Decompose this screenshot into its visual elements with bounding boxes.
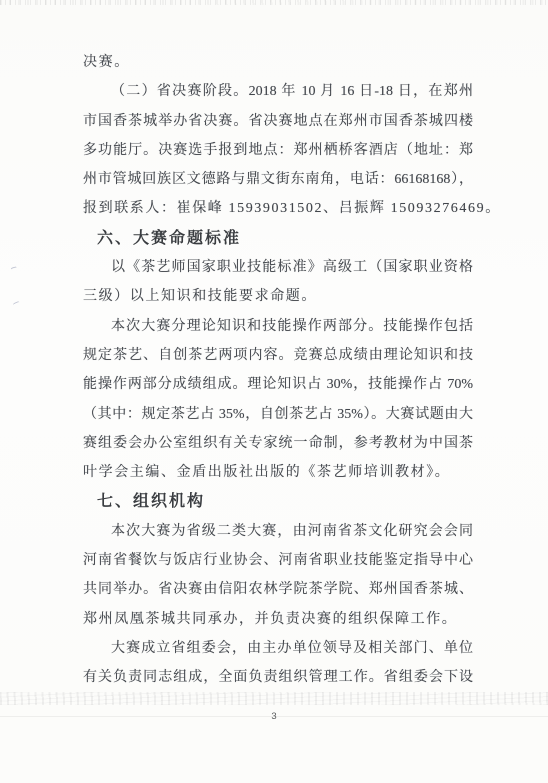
text-line: 以《茶艺师国家职业技能标准》高级工（国家职业资格 (83, 253, 473, 282)
text-line: 州市管城回族区文德路与鼎文街东南角，电话：66168168）， (83, 165, 473, 194)
text-line: 大赛成立省组委会，由主办单位领导及相关部门、单位 (83, 634, 473, 663)
text-line: 本次大赛分理论知识和技能操作两部分。技能操作包括 (83, 312, 473, 341)
paragraph: 本次大赛分理论知识和技能操作两部分。技能操作包括规定茶艺、自创茶艺两项内容。竞赛… (83, 312, 473, 488)
heading-line: 六、大赛命题标准 (97, 224, 473, 253)
text-line: 报到联系人：崔保峰 15939031502、吕振辉 15093276469。 (83, 194, 473, 223)
scan-noise-band (0, 692, 548, 705)
text-line: 决赛。 (83, 48, 473, 77)
paragraph: （二）省决赛阶段。2018 年 10 月 16 日-18 日，在郑州市国香茶城举… (83, 77, 473, 223)
scan-artifact-1 (11, 266, 18, 272)
section-heading: 七、组织机构 (83, 487, 473, 516)
document-content: 决赛。（二）省决赛阶段。2018 年 10 月 16 日-18 日，在郑州市国香… (83, 48, 473, 693)
text-line: 有关负责同志组成，全面负责组织管理工作。省组委会下设 (83, 663, 473, 692)
text-line: 赛组委会办公室组织有关专家统一命制，参考教材为中国茶 (83, 429, 473, 458)
text-line: 三级）以上知识和技能要求命题。 (83, 282, 473, 311)
document-page: 决赛。（二）省决赛阶段。2018 年 10 月 16 日-18 日，在郑州市国香… (0, 0, 548, 783)
paragraph: 以《茶艺师国家职业技能标准》高级工（国家职业资格三级）以上知识和技能要求命题。 (83, 253, 473, 312)
paragraph: 决赛。 (83, 48, 473, 77)
paragraph: 本次大赛为省级二类大赛，由河南省茶文化研究会会同河南省餐饮与饭店行业协会、河南省… (83, 517, 473, 634)
heading-line: 七、组织机构 (97, 487, 473, 516)
text-line: 市国香茶城举办省决赛。省决赛地点在郑州市国香茶城四楼 (83, 107, 473, 136)
text-line: 共同举办。省决赛由信阳农林学院茶学院、郑州国香茶城、 (83, 575, 473, 604)
text-line: 本次大赛为省级二类大赛，由河南省茶文化研究会会同 (83, 517, 473, 546)
section-heading: 六、大赛命题标准 (83, 224, 473, 253)
text-line: 能操作两部分成绩组成。理论知识占 30%，技能操作占 70% (83, 370, 473, 399)
scan-noise-top-edge (0, 0, 548, 5)
text-line: （二）省决赛阶段。2018 年 10 月 16 日-18 日，在郑州 (83, 77, 473, 106)
text-line: 多功能厅。决赛选手报到地点：郑州栖桥客酒店（地址：郑 (83, 136, 473, 165)
text-line: （其中：规定茶艺占 35%，自创茶艺占 35%）。大赛试题由大 (83, 400, 473, 429)
scan-artifact-2 (12, 301, 20, 308)
text-line: 郑州凤凰茶城共同承办，并负责决赛的组织保障工作。 (83, 605, 473, 634)
paragraph: 大赛成立省组委会，由主办单位领导及相关部门、单位有关负责同志组成，全面负责组织管… (83, 634, 473, 693)
text-line: 规定茶艺、自创茶艺两项内容。竞赛总成绩由理论知识和技 (83, 341, 473, 370)
text-line: 河南省餐饮与饭店行业协会、河南省职业技能鉴定指导中心 (83, 546, 473, 575)
page-number: 3 (0, 711, 548, 722)
text-line: 叶学会主编、金盾出版社出版的《茶艺师培训教材》。 (83, 458, 473, 487)
